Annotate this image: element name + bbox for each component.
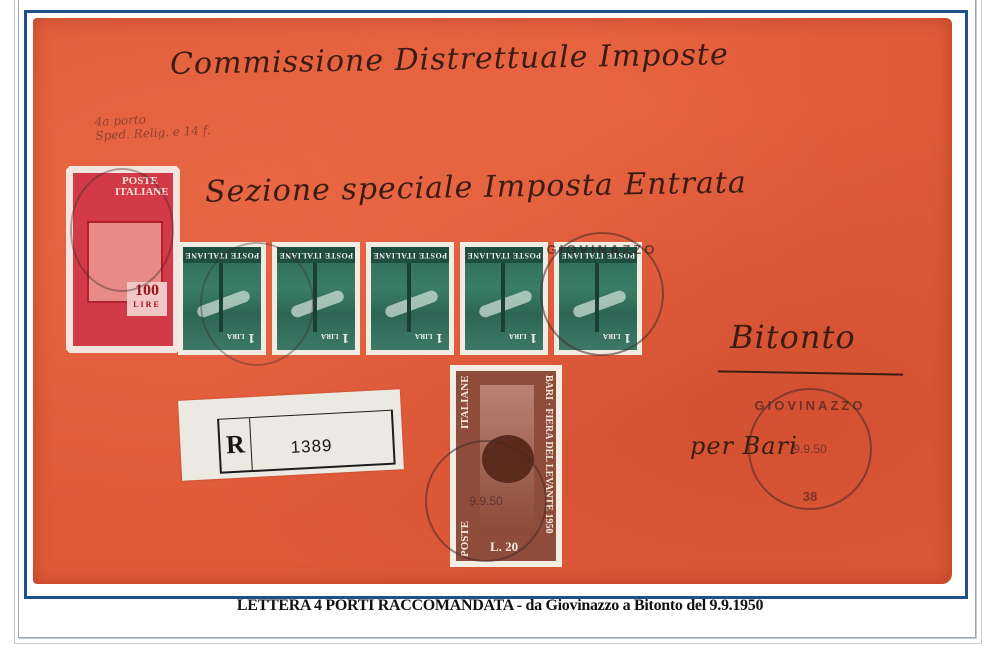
stamp-value-number: 100 [135, 282, 159, 299]
stamp-country: POSTE ITALIANE [183, 247, 261, 263]
stamp-value: 100 LIRE [127, 282, 167, 316]
stamp-1-lira: 1 LIRAPOSTE ITALIANE [366, 242, 454, 355]
olive-branch-motif [501, 262, 505, 332]
hand-motif [290, 289, 346, 319]
registration-label: R 1389 [178, 389, 404, 481]
stamp-country: POSTE ITALIANE [559, 247, 637, 263]
registration-number: 1389 [290, 436, 333, 458]
stamp-value: 1 LIRA [509, 329, 537, 344]
stamp-fiera-del-levante: POSTEITALIANE BARI · FIERA DEL LEVANTE 1… [450, 365, 562, 567]
hand-motif [384, 289, 440, 319]
registration-box: R 1389 [217, 410, 396, 474]
stamp-title: BARI · FIERA DEL LEVANTE 1950 [536, 375, 554, 557]
olive-branch-motif [595, 262, 599, 332]
stamp-country: POSTE ITALIANE [465, 247, 543, 263]
stamp-value: 1 LIRA [415, 329, 443, 344]
album-caption: LETTERA 4 PORTI RACCOMANDATA - da Giovin… [0, 597, 1000, 615]
stamp-value: 1 LIRA [321, 329, 349, 344]
stamp-value: L. 20 [490, 539, 518, 555]
stamp-value: 1 LIRA [227, 329, 255, 344]
destination-city: Bitonto [730, 318, 856, 356]
olive-branch-motif [313, 262, 317, 332]
hand-motif [572, 289, 628, 319]
stamp-country: POSTE ITALIANE [277, 247, 355, 263]
stamp-100-lire: POSTE ITALIANE 100 LIRE [66, 166, 180, 353]
hand-motif [478, 289, 534, 319]
globe-motif [482, 435, 534, 483]
stamp-country: POSTEITALIANE [459, 375, 477, 557]
stamp-1-lira: 1 LIRAPOSTE ITALIANE [272, 242, 360, 355]
stamp-1-lira: 1 LIRAPOSTE ITALIANE [460, 242, 548, 355]
registration-letter: R [219, 418, 253, 472]
hand-motif [196, 289, 252, 319]
olive-branch-motif [219, 262, 223, 332]
routing-note: per Bari [690, 432, 798, 460]
olive-branch-motif [407, 262, 411, 332]
stamp-country: POSTE ITALIANE [115, 176, 165, 210]
stamp-country: POSTE ITALIANE [371, 247, 449, 263]
stamp-value: 1 LIRA [603, 329, 631, 344]
stamp-value-unit: LIRE [127, 300, 167, 309]
stamp-1-lira: 1 LIRAPOSTE ITALIANE [554, 242, 642, 355]
stamp-1-lira: 1 LIRAPOSTE ITALIANE [178, 242, 266, 355]
